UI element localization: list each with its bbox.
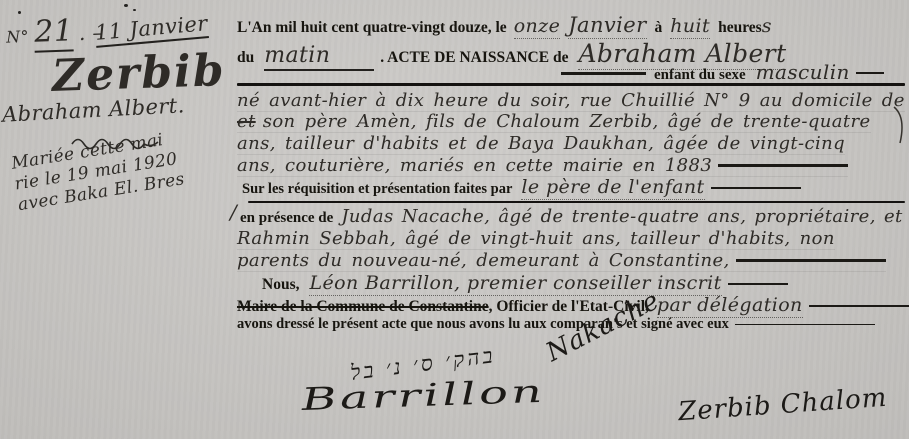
stray-pen-mark <box>890 105 906 145</box>
header-hand-day: onze <box>514 15 561 39</box>
header-line1: L'An mil huit cent quatre-vingt douze, l… <box>237 13 772 39</box>
filler-dash <box>728 283 788 285</box>
header-print-acte-de-naissance: . ACTE DE NAISSANCE de <box>380 49 568 67</box>
act-number: N° 21 . – <box>5 12 103 50</box>
body-line7-text: parents du nouveau-né, demeurant à Const… <box>237 250 730 271</box>
act-number-value: 21 <box>34 13 74 52</box>
maire-line: Maire de la Commune de Constantine , Off… <box>237 294 909 318</box>
body-line2: et son père Amèn, fils de Chaloum Zerbib… <box>237 111 871 133</box>
paper-speck <box>124 4 128 7</box>
struck-maire-text: Maire de la Commune de Constantine <box>237 298 489 316</box>
header-print-year: L'An mil huit cent quatre-vingt douze, l… <box>237 19 507 37</box>
margin-given-names: Abraham Albert. <box>1 93 185 127</box>
body-line7: parents du nouveau-né, demeurant à Const… <box>237 250 886 272</box>
margin-date: 11 Janvier <box>94 11 209 48</box>
header-hand-flourish-s: s <box>762 15 772 37</box>
filler-dash <box>561 72 646 75</box>
requisition-hand: le père de l'enfant <box>521 176 704 200</box>
struck-word: et <box>237 111 256 132</box>
paper-speck <box>18 11 21 14</box>
header-hand-month: Janvier <box>568 13 646 39</box>
header-print-heures: heures <box>718 19 762 37</box>
margin-marriage-note: Mariée cette mai rie le 19 mai 1920 avec… <box>10 128 186 217</box>
filler-dash <box>718 164 848 167</box>
margin-note-slash: / <box>230 200 237 224</box>
header-print-a: à <box>655 19 663 37</box>
filler-dash <box>856 72 884 74</box>
requisition-line: Sur les réquisition et présentation fait… <box>242 176 801 200</box>
body-line2-text: son père Amèn, fils de Chaloum Zerbib, â… <box>263 111 871 132</box>
section-rule-top <box>237 83 905 86</box>
nous-hand-officer: Léon Barrillon, premier conseiller inscr… <box>309 272 721 296</box>
filler-dash <box>736 259 886 262</box>
body-line4-text: ans, couturière, mariés en cette mairie … <box>237 155 712 176</box>
filler-dash <box>711 187 801 189</box>
nous-print: Nous, <box>262 276 299 294</box>
act-number-prefix: N° <box>6 27 29 47</box>
header-print-du: du <box>237 49 254 67</box>
closing-line: avons dressé le présent acte que nous av… <box>237 316 875 333</box>
body-line3: ans, tailleur d'habits et de Baya Daukha… <box>237 133 845 155</box>
nous-line: Nous, Léon Barrillon, premier conseiller… <box>262 272 788 296</box>
filler-dash <box>809 305 909 307</box>
requisition-print: Sur les réquisition et présentation fait… <box>242 181 512 198</box>
closing-print: avons dressé le présent acte que nous av… <box>237 316 729 333</box>
header-hand-hour: huit <box>670 15 710 39</box>
margin-surname: Zerbib <box>51 45 226 102</box>
presence-line: en présence de Judas Nacache, âgé de tre… <box>240 206 909 227</box>
body-line1: né avant-hier à dix heure du soir, rue C… <box>237 90 905 112</box>
presence-hand: Judas Nacache, âgé de trente-quatre ans,… <box>341 206 909 227</box>
body-line4: ans, couturière, mariés en cette mairie … <box>237 155 848 177</box>
presence-print: en présence de <box>240 210 333 227</box>
officier-hand: par délégation <box>657 294 803 318</box>
signature-father: Zerbib Chalom <box>677 383 888 428</box>
header-hand-matin: matin <box>264 43 374 71</box>
filler-dash <box>735 324 875 326</box>
signature-officer: Barrillon <box>300 374 546 418</box>
birth-act-scan: N° 21 . – 11 Janvier Zerbib Abraham Albe… <box>0 0 909 439</box>
section-rule-middle <box>248 201 905 203</box>
body-line6: Rahmin Sebbah, âgé de vingt-huit ans, ta… <box>237 228 835 250</box>
header-print-sexe: enfant du sexe <box>654 67 746 84</box>
paper-speck <box>133 9 136 11</box>
